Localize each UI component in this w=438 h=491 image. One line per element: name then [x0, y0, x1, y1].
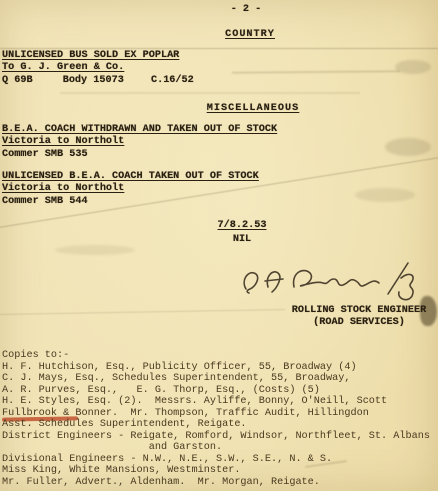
ghost-impression-2: [60, 92, 360, 94]
bus-sold-fleet-number: Q 69B: [2, 75, 33, 87]
section-bus-sold: UNLICENSED BUS SOLD EX POPLAR To G. J. G…: [2, 50, 194, 87]
signature-handwriting: [238, 258, 434, 308]
ghost-impression-1: [232, 70, 400, 73]
bea-unlicensed-route: Victoria to Northolt: [2, 183, 124, 194]
bea-withdrawn-vehicle: Commer SMB 535: [2, 149, 88, 160]
copies-line: Divisional Engineers - N.W., N.E., S.W.,…: [2, 454, 430, 466]
copies-line: Miss King, White Mansions, Westminster.: [2, 465, 430, 477]
copies-line: Fullbrook & Bonner. Mr. Thompson, Traffi…: [2, 408, 430, 420]
pencil-smudge-right-1: [385, 138, 431, 156]
crease-line-top: [0, 48, 438, 49]
date-entry: 7/8.2.53 NIL: [46, 219, 438, 247]
bus-sold-reference: C.16/52: [151, 75, 194, 87]
entry-value: NIL: [233, 234, 251, 245]
bea-withdrawn-title: B.E.A. COACH WITHDRAWN AND TAKEN OUT OF …: [2, 124, 277, 135]
bus-sold-title: UNLICENSED BUS SOLD EX POPLAR: [2, 50, 179, 61]
copies-line: Asst. Schedules Superintendent, Reigate.: [2, 419, 430, 431]
signatory-title: ROLLING STOCK ENGINEER (ROAD SERVICES): [283, 305, 435, 329]
copies-line: A. R. Purves, Esq., E. G. Thorp, Esq., (…: [2, 385, 430, 397]
entry-date: 7/8.2.53: [218, 220, 267, 231]
bea-withdrawn-route: Victoria to Northolt: [2, 136, 124, 147]
document-page: - 2 - COUNTRY UNLICENSED BUS SOLD EX POP…: [0, 0, 438, 491]
pencil-smudge-right-2: [355, 188, 415, 202]
bea-unlicensed-title: UNLICENSED B.E.A. COACH TAKEN OUT OF STO…: [2, 171, 259, 182]
signatory-title-line1: ROLLING STOCK ENGINEER: [283, 305, 435, 317]
bus-sold-buyer: To G. J. Green & Co.: [2, 62, 124, 73]
bus-sold-body-number: Body 15073: [63, 75, 124, 87]
copies-line: Mr. Fuller, Advert., Aldenham. Mr. Morga…: [2, 477, 430, 489]
bea-unlicensed-vehicle: Commer SMB 544: [2, 196, 88, 207]
section-bea-withdrawn: B.E.A. COACH WITHDRAWN AND TAKEN OUT OF …: [2, 124, 277, 161]
copies-line: District Engineers - Reigate, Romford, W…: [2, 431, 430, 443]
signatory-title-line2: (ROAD SERVICES): [283, 317, 435, 329]
copies-list: Copies to:- H. F. Hutchison, Esq., Publi…: [2, 350, 430, 488]
copies-line: H. E. Styles, Esq. (2). Messrs. Ayliffe,…: [2, 396, 430, 408]
copies-line: H. F. Hutchison, Esq., Publicity Officer…: [2, 362, 430, 374]
copies-line: C. J. Mays, Esq., Schedules Superintende…: [2, 373, 430, 385]
section-heading-country: COUNTRY: [62, 29, 438, 40]
copies-line: and Garston.: [2, 442, 430, 454]
crease-line-signature: [0, 309, 285, 315]
page-number: - 2 -: [54, 4, 438, 15]
copies-label: Copies to:-: [2, 350, 430, 362]
section-heading-miscellaneous: MISCELLANEOUS: [68, 103, 438, 114]
pencil-smudge-top-right: [395, 60, 431, 74]
section-bea-unlicensed: UNLICENSED B.E.A. COACH TAKEN OUT OF STO…: [2, 171, 259, 208]
